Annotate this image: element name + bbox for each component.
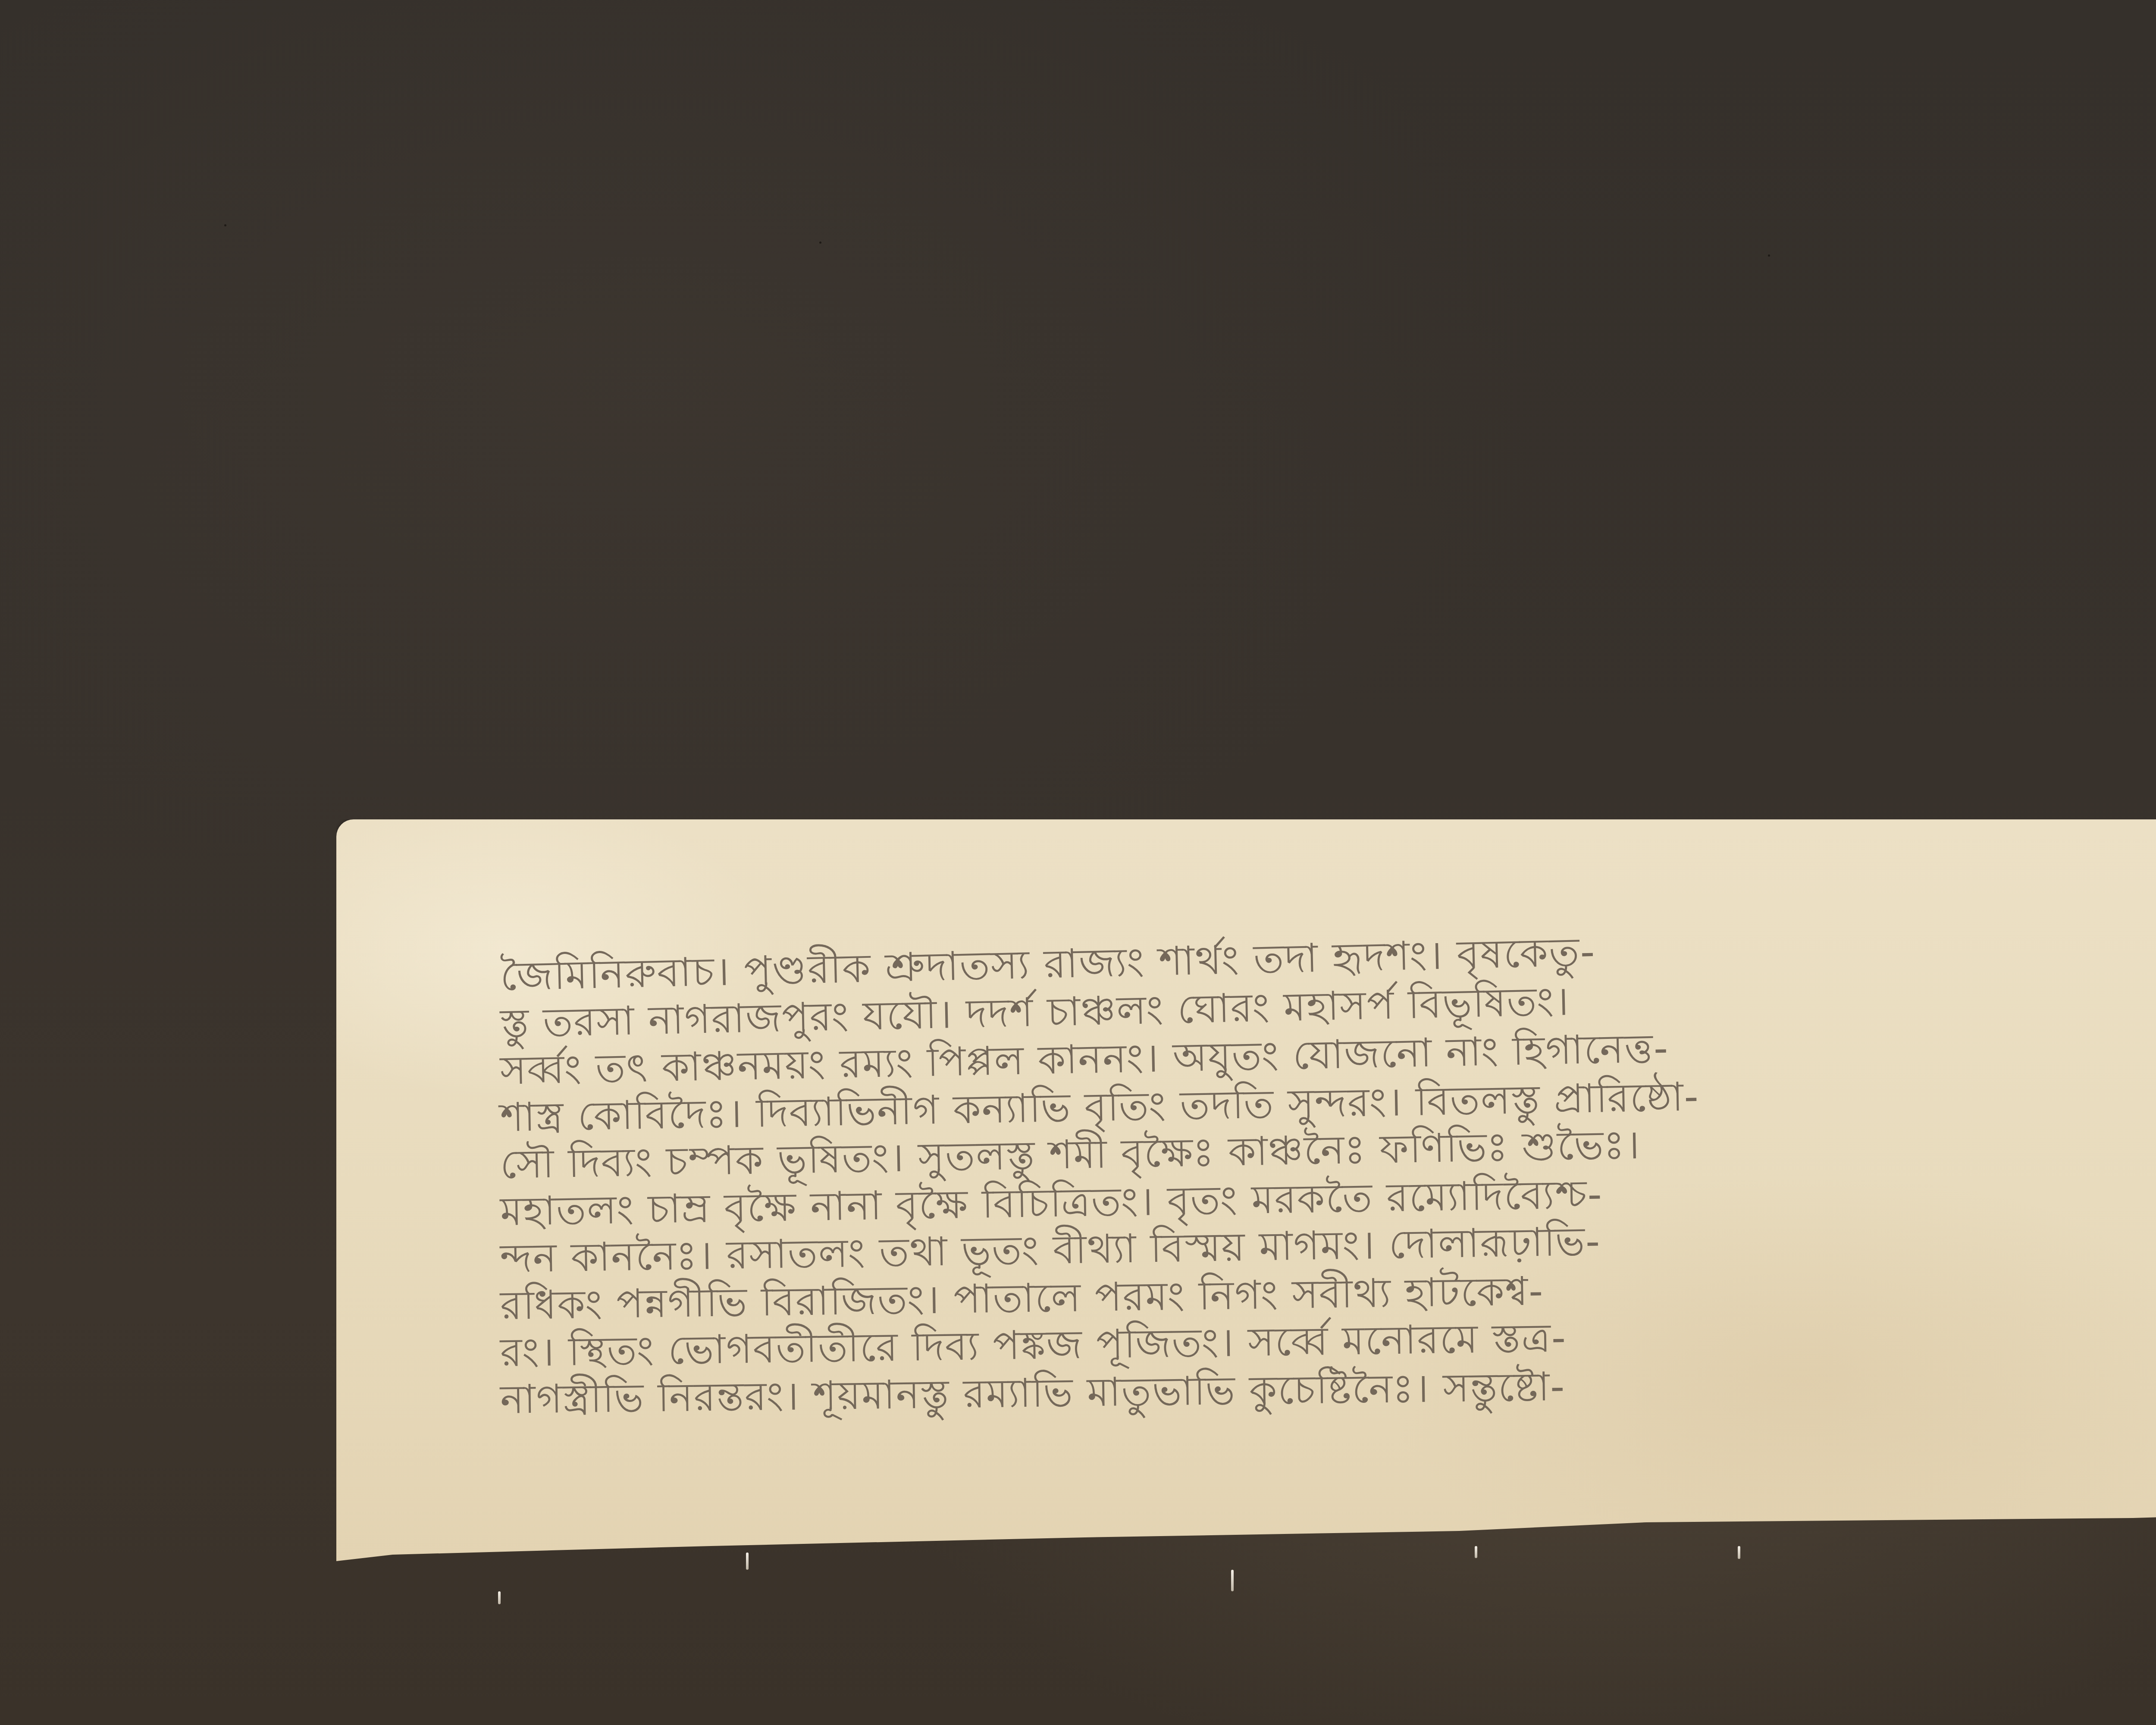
mounting-pin	[1475, 1546, 1477, 1558]
board-speck	[224, 224, 226, 226]
manuscript-text: জৈমিনিরুবাচ। পুণ্ডরীক শ্রুদাতস্য রাজ্যং …	[500, 953, 2156, 1423]
board-speck	[1768, 254, 1770, 257]
board-speck	[819, 241, 821, 244]
mounting-pin	[1738, 1546, 1740, 1559]
mounting-pin	[1231, 1570, 1234, 1591]
mounting-pin	[746, 1552, 749, 1570]
mounting-pin	[498, 1591, 501, 1604]
manuscript-leaf: জৈমিনিরুবাচ। পুণ্ডরীক শ্রুদাতস্য রাজ্যং …	[336, 819, 2156, 1570]
